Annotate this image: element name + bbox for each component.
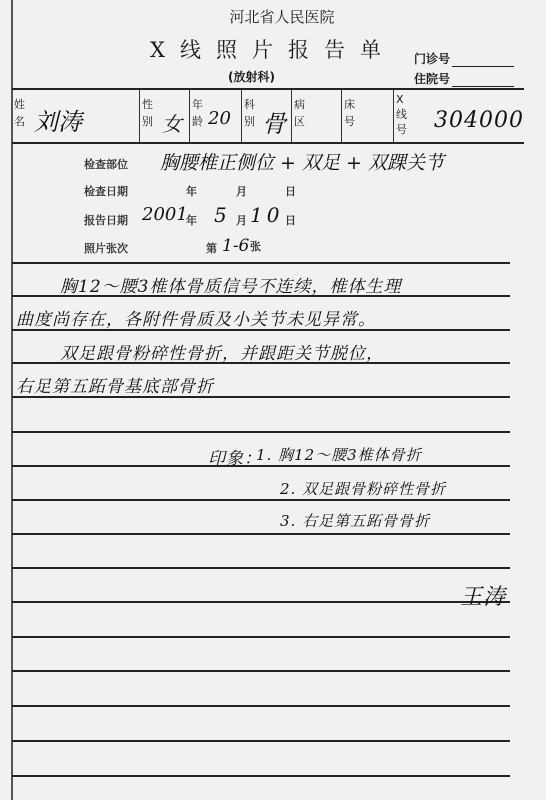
exam-date-day-unit: 日 bbox=[285, 183, 296, 199]
films-label: 照片张次 bbox=[84, 240, 128, 256]
inpatient-number-field: 住院号 bbox=[414, 70, 514, 87]
report-day: 10 bbox=[250, 203, 283, 227]
report-day-unit: 日 bbox=[285, 212, 296, 228]
impression-item-3: 3. 右足第五跖骨骨折 bbox=[280, 510, 430, 531]
films-suffix: 张 bbox=[250, 238, 261, 254]
sex-value: 女 bbox=[162, 108, 182, 137]
bed-label: 床号 bbox=[344, 96, 356, 130]
impression-item-2: 2. 双足跟骨粉碎性骨折 bbox=[280, 478, 446, 499]
ruled-line bbox=[12, 262, 510, 264]
xray-number-label: X线号 bbox=[396, 92, 408, 137]
ruled-line bbox=[12, 533, 510, 535]
report-month: 5 bbox=[214, 203, 227, 227]
name-value: 刘涛 bbox=[34, 102, 82, 137]
department: (放射科) bbox=[228, 68, 275, 85]
name-cell: 姓名 刘涛 bbox=[12, 90, 140, 142]
exam-date-label: 检查日期 bbox=[84, 183, 128, 199]
outpatient-number-field: 门诊号 bbox=[414, 50, 514, 67]
hospital-name: 河北省人民医院 bbox=[0, 6, 546, 27]
bed-cell: 床号 bbox=[342, 90, 394, 142]
ruled-line bbox=[12, 601, 510, 603]
report-year: 2001 bbox=[142, 204, 188, 225]
impression-item-1: 1. 胸12～腰3椎体骨折 bbox=[256, 444, 422, 465]
age-value: 20 bbox=[208, 108, 231, 129]
inpatient-number-label: 住院号 bbox=[414, 70, 450, 87]
report-date-label: 报告日期 bbox=[84, 212, 128, 228]
report-month-unit: 月 bbox=[236, 212, 247, 228]
ruled-line bbox=[12, 431, 510, 433]
exam-site-label: 检查部位 bbox=[84, 156, 128, 172]
report-year-unit: 年 bbox=[186, 212, 197, 228]
physician-signature: 王涛 bbox=[460, 580, 506, 611]
ruled-line bbox=[12, 636, 510, 638]
patient-info-table: 姓名 刘涛 性别 女 年龄 20 科别 骨 病区 床号 X线号 304000 bbox=[12, 88, 524, 144]
age-cell: 年龄 20 bbox=[190, 90, 242, 142]
ruled-line bbox=[12, 670, 510, 672]
outpatient-number-value bbox=[452, 54, 514, 67]
form-title: X线照片报告单 bbox=[150, 34, 396, 64]
films-prefix: 第 bbox=[206, 240, 217, 256]
department-value: 骨 bbox=[262, 104, 286, 139]
ruled-line bbox=[12, 775, 510, 777]
exam-site-value: 胸腰椎正侧位 + 双足 + 双踝关节 bbox=[160, 148, 444, 175]
sex-cell: 性别 女 bbox=[140, 90, 190, 142]
exam-date-year-unit: 年 bbox=[186, 183, 197, 199]
sex-label: 性别 bbox=[142, 96, 154, 130]
impression-label: 印象： bbox=[208, 444, 262, 469]
age-label: 年龄 bbox=[192, 96, 204, 130]
inpatient-number-value bbox=[452, 74, 514, 87]
ruled-line bbox=[12, 705, 510, 707]
xray-number-cell: X线号 304000 bbox=[394, 90, 524, 142]
xray-number-value: 304000 bbox=[434, 108, 524, 133]
ward-cell: 病区 bbox=[292, 90, 342, 142]
department-cell: 科别 骨 bbox=[242, 90, 292, 142]
name-label: 姓名 bbox=[14, 96, 26, 130]
department-label: 科别 bbox=[244, 96, 256, 130]
findings-line-2: 曲度尚存在，各附件骨质及小关节未见异常。 bbox=[16, 305, 376, 330]
ward-label: 病区 bbox=[294, 96, 306, 130]
outpatient-number-label: 门诊号 bbox=[414, 50, 450, 67]
xray-report-form: 河北省人民医院 X线照片报告单 (放射科) 门诊号 住院号 姓名 刘涛 性别 女… bbox=[0, 0, 546, 800]
exam-date-month-unit: 月 bbox=[236, 183, 247, 199]
findings-line-3: 双足跟骨粉碎性骨折，并跟距关节脱位， bbox=[60, 339, 384, 364]
ruled-line bbox=[12, 499, 510, 501]
findings-line-4: 右足第五跖骨基底部骨折 bbox=[16, 372, 214, 397]
ruled-line bbox=[12, 567, 510, 569]
ruled-line bbox=[12, 740, 510, 742]
films-value: 1-6 bbox=[222, 236, 249, 256]
findings-line-1: 胸12～腰3椎体骨质信号不连续，椎体生理 bbox=[60, 272, 401, 297]
